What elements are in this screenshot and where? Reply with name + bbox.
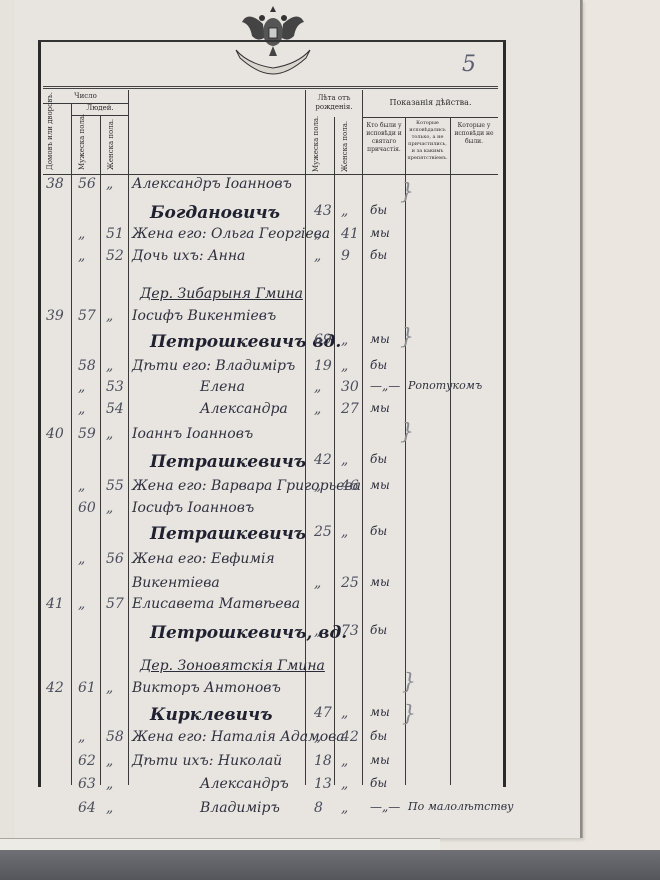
- surname: Петрошкевичъ вд.: [150, 332, 341, 352]
- person-name: Дочь ихъ: Анна: [132, 248, 245, 264]
- age-male: 18: [314, 753, 332, 769]
- age-female: „: [341, 800, 348, 816]
- confession-mark: бы: [370, 623, 387, 637]
- age-male: 43: [314, 203, 332, 219]
- confession-mark: бы: [370, 203, 387, 217]
- header-confession: Показанія дѣйства.: [363, 98, 498, 107]
- header-confessed-only: Которые исповѣдались только, а не причас…: [406, 120, 449, 162]
- surname: Кирклевичъ: [150, 705, 273, 725]
- confession-mark: бы: [370, 776, 387, 790]
- male-count: 56: [78, 176, 96, 192]
- female-count: „: [106, 776, 113, 792]
- household-number: 40: [46, 426, 64, 442]
- age-male: 42: [314, 452, 332, 468]
- person-name: Жена его: Ольга Георгіева: [132, 226, 330, 242]
- age-female: „: [341, 452, 348, 468]
- age-male: „: [314, 379, 321, 395]
- header-confessed: Кто были у исповѣди и святаго причастія.: [364, 122, 404, 154]
- header-rule: [362, 117, 498, 118]
- header-not-confessed: Которые у исповѣди не были.: [451, 122, 497, 146]
- person-name: Дѣти его: Владиміръ: [132, 358, 295, 374]
- pencil-bracket: }: [400, 420, 414, 445]
- village-heading: Дер. Зоновятскія Гмина: [140, 658, 325, 674]
- male-count: „: [78, 596, 85, 612]
- female-count: 54: [106, 401, 124, 417]
- female-count: 58: [106, 729, 124, 745]
- household-number: 39: [46, 308, 64, 324]
- confession-note: Ропотукомъ: [408, 379, 482, 392]
- male-count: „: [78, 226, 85, 242]
- age-male: 13: [314, 776, 332, 792]
- header-households: Домовъ или дворовъ.: [46, 118, 68, 170]
- age-female: 25: [341, 575, 359, 591]
- female-count: 55: [106, 478, 124, 494]
- pencil-bracket: }: [402, 702, 416, 727]
- female-count: 57: [106, 596, 124, 612]
- male-count: 61: [78, 680, 96, 696]
- age-female: 42: [341, 729, 359, 745]
- male-count: 63: [78, 776, 96, 792]
- column-divider: [362, 90, 363, 785]
- female-count: „: [106, 308, 113, 324]
- title-rule: [43, 86, 498, 89]
- female-count: „: [106, 753, 113, 769]
- header-bottom-rule: [43, 174, 498, 175]
- header-age-male: Мужеска пола.: [312, 120, 326, 172]
- age-female: 9: [341, 248, 350, 264]
- age-female: „: [341, 203, 348, 219]
- male-count: „: [78, 551, 85, 567]
- female-count: „: [106, 800, 113, 816]
- pencil-bracket: }: [402, 670, 416, 695]
- age-male: 19: [314, 358, 332, 374]
- female-count: 56: [106, 551, 124, 567]
- header-people: Людей.: [72, 104, 128, 113]
- age-female: „: [341, 753, 348, 769]
- confession-mark: мы: [370, 753, 390, 767]
- age-male: 47: [314, 705, 332, 721]
- male-count: „: [78, 379, 85, 395]
- surname: Петрашкевичъ: [150, 452, 306, 472]
- age-male: „: [314, 226, 321, 242]
- column-divider: [100, 115, 101, 785]
- household-number: 42: [46, 680, 64, 696]
- surname: Петрашкевичъ: [150, 524, 306, 544]
- male-count: 59: [78, 426, 96, 442]
- previous-page-edge: [0, 0, 15, 855]
- female-count: „: [106, 680, 113, 696]
- person-name: Александръ Іоанновъ: [132, 176, 292, 192]
- age-male: 25: [314, 524, 332, 540]
- person-name: Жена его: Евфимія: [132, 551, 275, 567]
- male-count: 62: [78, 753, 96, 769]
- female-count: 51: [106, 226, 124, 242]
- male-count: „: [78, 401, 85, 417]
- age-female: „: [341, 332, 348, 348]
- female-count: „: [106, 500, 113, 516]
- person-name: Александра: [200, 401, 288, 417]
- age-female: „: [341, 524, 348, 540]
- header-female: Женска пола.: [107, 118, 121, 170]
- person-name: Викентіева: [132, 575, 220, 591]
- confession-mark: бы: [370, 729, 387, 743]
- person-name: Елисавета Матвѣева: [132, 596, 300, 612]
- household-number: 38: [46, 176, 64, 192]
- female-count: 52: [106, 248, 124, 264]
- person-name: Елена: [200, 379, 245, 395]
- male-count: 57: [78, 308, 96, 324]
- confession-mark: мы: [370, 478, 390, 492]
- confession-mark: —„—: [370, 800, 400, 814]
- person-name: Дѣти ихъ: Николай: [132, 753, 282, 769]
- column-divider: [334, 117, 335, 785]
- person-name: Іосифъ Викентіевъ: [132, 308, 276, 324]
- age-male: „: [314, 248, 321, 264]
- age-female: „: [341, 776, 348, 792]
- person-name: Жена его: Наталія Адамова: [132, 729, 345, 745]
- confession-mark: бы: [370, 524, 387, 538]
- age-male: „: [314, 478, 321, 494]
- confession-mark: бы: [370, 358, 387, 372]
- confession-mark: бы: [370, 452, 387, 466]
- person-name: Жена его: Варвара Григорьева: [132, 478, 361, 494]
- person-name: Іоаннъ Іоанновъ: [132, 426, 253, 442]
- female-count: „: [106, 176, 113, 192]
- male-count: 58: [78, 358, 96, 374]
- pencil-bracket: }: [400, 325, 414, 350]
- female-count: 53: [106, 379, 124, 395]
- female-count: „: [106, 426, 113, 442]
- pencil-bracket: }: [400, 180, 414, 205]
- age-male: 8: [314, 800, 323, 816]
- confession-note: По малолѣтству: [408, 800, 514, 813]
- header-male: Мужеска пола.: [78, 118, 92, 170]
- age-male: 69: [314, 332, 332, 348]
- column-divider: [305, 90, 306, 785]
- surname: Богдановичъ: [150, 203, 280, 223]
- age-female: 41: [341, 226, 359, 242]
- confession-mark: мы: [370, 226, 390, 240]
- male-count: „: [78, 248, 85, 264]
- village-heading: Дер. Зибарыня Гмина: [140, 286, 303, 302]
- column-divider: [450, 117, 451, 785]
- confession-mark: —„—: [370, 379, 400, 393]
- column-divider: [128, 90, 129, 785]
- household-number: 41: [46, 596, 64, 612]
- column-divider: [71, 103, 72, 785]
- age-female: „: [341, 705, 348, 721]
- age-female: 27: [341, 401, 359, 417]
- person-name: Іосифъ Іоанновъ: [132, 500, 254, 516]
- male-count: „: [78, 729, 85, 745]
- male-count: 64: [78, 800, 96, 816]
- age-male: „: [314, 575, 321, 591]
- header-age-female: Женска пола.: [341, 120, 355, 172]
- confession-mark: бы: [370, 248, 387, 262]
- age-male: „: [314, 623, 321, 639]
- age-female: 73: [341, 623, 359, 639]
- age-female: 30: [341, 379, 359, 395]
- confession-mark: мы: [370, 332, 390, 346]
- header-number: Число: [43, 92, 128, 101]
- male-count: „: [78, 478, 85, 494]
- desk-surface: [0, 850, 660, 880]
- person-name: Александръ: [200, 776, 289, 792]
- age-male: „: [314, 401, 321, 417]
- header-age: Лѣта отъ рожденія.: [306, 94, 362, 112]
- person-name: Викторъ Антоновъ: [132, 680, 281, 696]
- confession-mark: мы: [370, 575, 390, 589]
- age-female: 46: [341, 478, 359, 494]
- male-count: 60: [78, 500, 96, 516]
- confession-mark: мы: [370, 705, 390, 719]
- age-female: „: [341, 358, 348, 374]
- person-name: Владиміръ: [200, 800, 280, 816]
- confession-mark: мы: [370, 401, 390, 415]
- female-count: „: [106, 358, 113, 374]
- age-male: „: [314, 729, 321, 745]
